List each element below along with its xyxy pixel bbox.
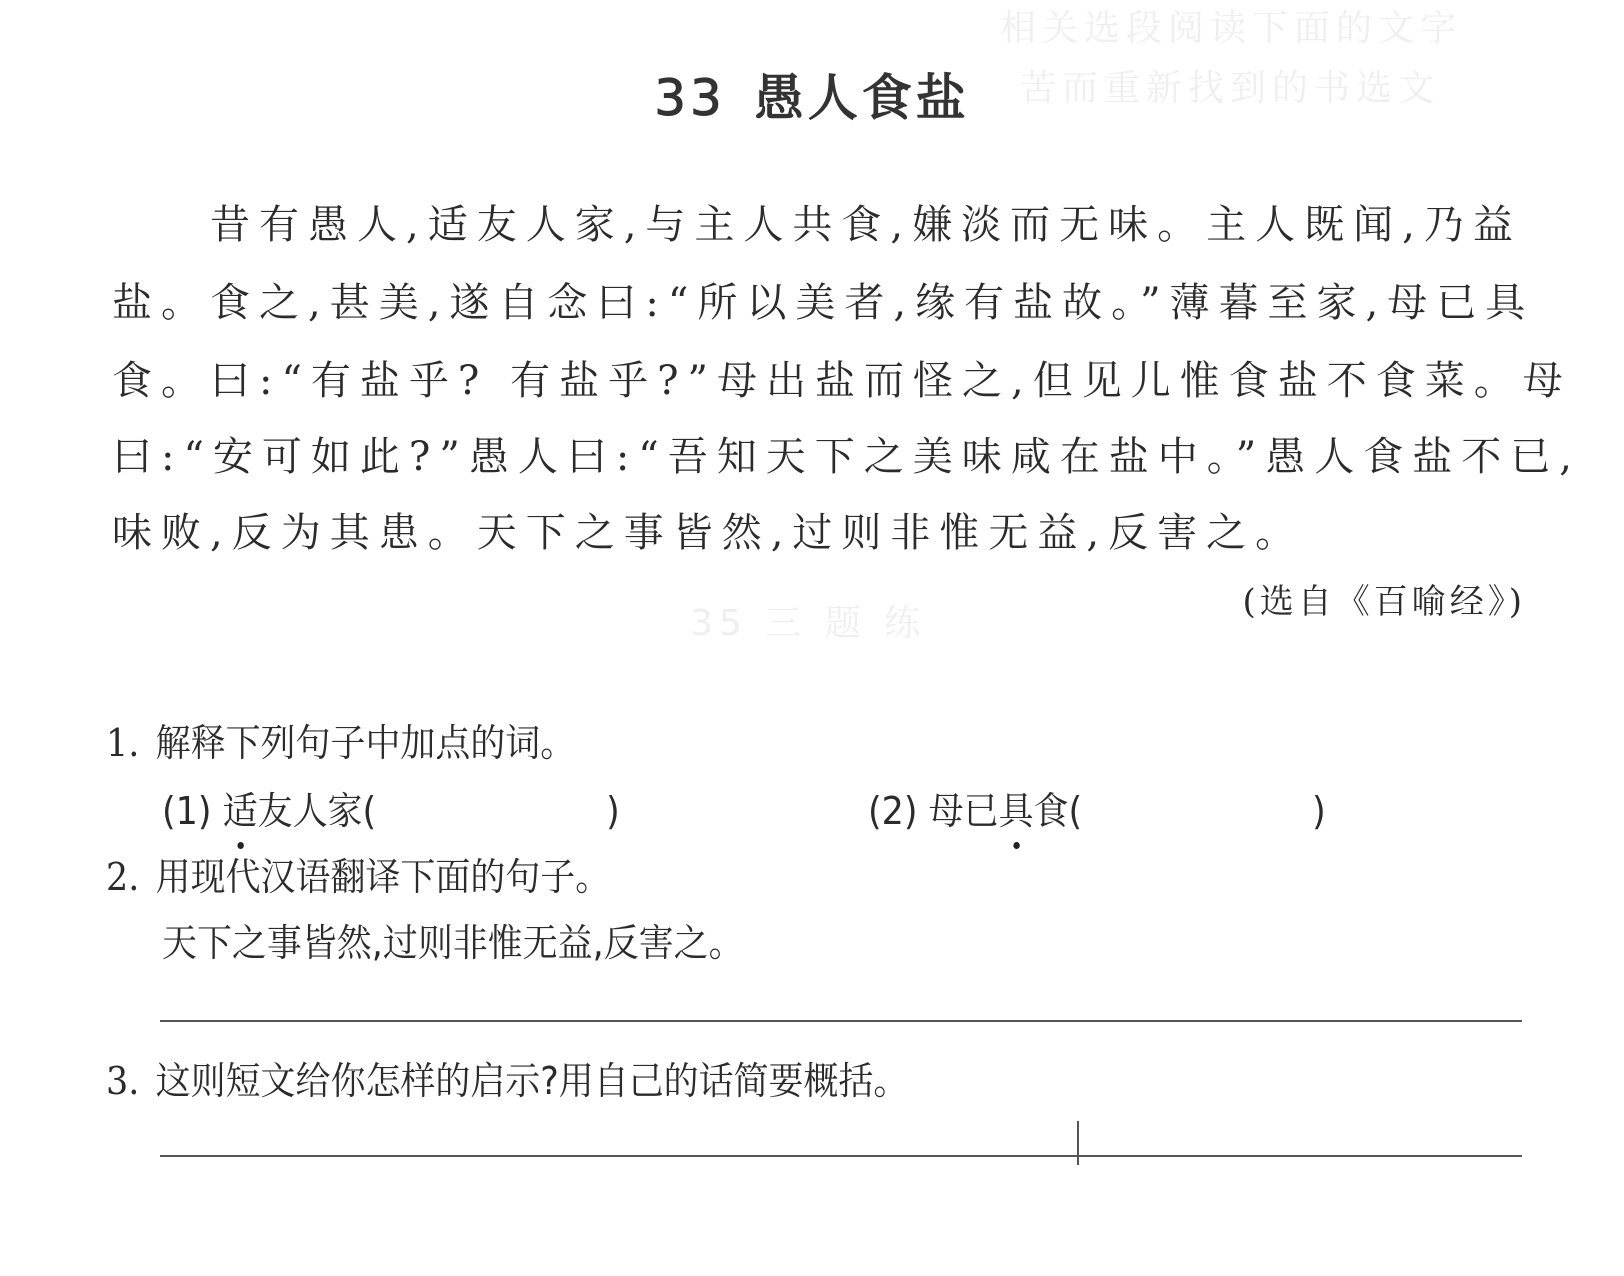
lesson-title: 愚人食盐: [754, 69, 970, 127]
dotted-word: 适: [223, 780, 258, 835]
bleed-through-text: 相关选段阅读下面的文字: [1000, 0, 1462, 51]
paren-close: ): [1312, 789, 1326, 833]
question-number: 2.: [106, 855, 156, 899]
passage-line: 盐。食之,甚美,遂自念曰:“所以美者,缘有盐故。”薄暮至家,母已具: [112, 264, 1582, 342]
paren-open: (: [1069, 789, 1083, 833]
passage-line: 曰:“安可如此?”愚人曰:“吾知天下之美味咸在盐中。”愚人食盐不已,: [112, 418, 1582, 496]
question-1-item-1: (1) 适友人家(): [162, 780, 620, 835]
question-3: 3.这则短文给你怎样的启示?用自己的话简要概括。: [106, 1050, 908, 1105]
question-1: 1.解释下列句子中加点的词。: [106, 712, 575, 767]
question-prompt: 用现代汉语翻译下面的句子。: [156, 855, 610, 899]
item-label: (2): [868, 789, 918, 833]
bleed-through-text: 35 三 题 练: [690, 595, 926, 646]
item-label: (1): [162, 789, 212, 833]
question-number: 3.: [106, 1059, 156, 1103]
question-1-item-2: (2) 母已具食(): [868, 780, 1326, 835]
passage-source: (选自《百喻经》): [1242, 572, 1526, 632]
passage-line: 食。曰:“有盐乎? 有盐乎?”母出盐而怪之,但见儿惟食盐不食菜。母: [112, 342, 1582, 420]
lesson-number: 33: [654, 69, 726, 127]
question-prompt: 解释下列句子中加点的词。: [156, 721, 576, 765]
pen-mark: [1077, 1121, 1079, 1165]
answer-line[interactable]: [160, 1155, 1522, 1157]
dotted-word: 具: [999, 780, 1034, 835]
page-title: 33愚人食盐: [0, 58, 1624, 130]
passage-line: 昔有愚人,适友人家,与主人共食,嫌淡而无味。主人既闻,乃益: [210, 186, 1624, 264]
item-text-after: 食: [1034, 789, 1069, 833]
answer-line[interactable]: [160, 1020, 1522, 1022]
passage-line: 味败,反为其患。天下之事皆然,过则非惟无益,反害之。: [112, 494, 1582, 572]
item-text-before: 母已: [929, 789, 999, 833]
question-prompt: 这则短文给你怎样的启示?用自己的话简要概括。: [156, 1059, 909, 1103]
paren-open: (: [363, 789, 377, 833]
question-2-sentence: 天下之事皆然,过则非惟无益,反害之。: [162, 912, 744, 967]
question-2: 2.用现代汉语翻译下面的句子。: [106, 846, 610, 901]
paren-close: ): [606, 789, 620, 833]
item-text-after: 友人家: [258, 789, 363, 833]
question-number: 1.: [106, 721, 156, 765]
